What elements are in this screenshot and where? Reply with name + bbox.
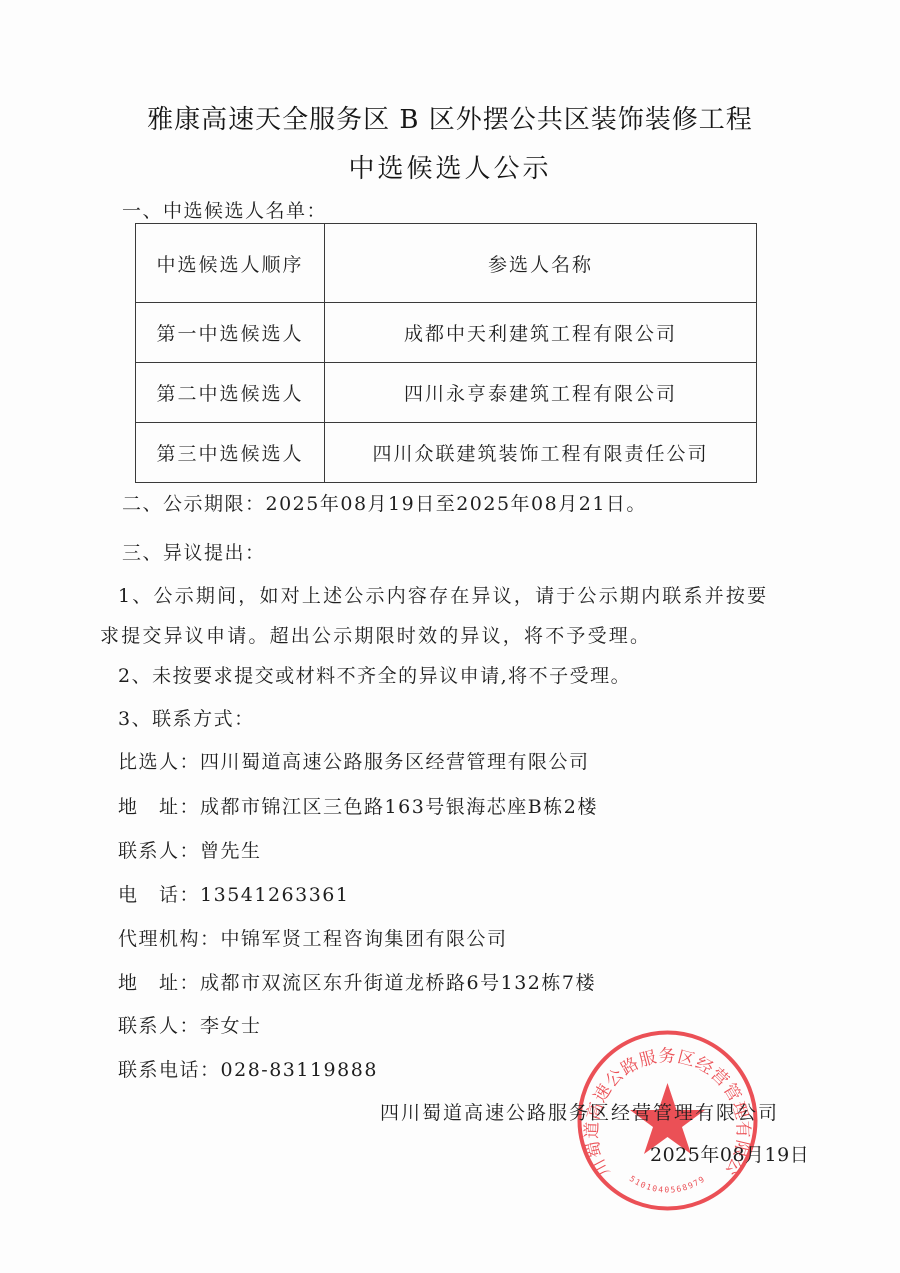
agency-address-label: 地 址：	[118, 972, 200, 994]
agency-value: 中锦军贤工程咨询集团有限公司	[221, 928, 508, 950]
contact-heading: 3、联系方式：	[118, 704, 255, 731]
selector-line: 比选人：四川蜀道高速公路服务区经营管理有限公司	[118, 747, 590, 774]
selector-person-label: 联系人：	[118, 840, 200, 862]
row-name: 四川众联建筑装饰工程有限责任公司	[325, 423, 757, 483]
agency-label: 代理机构：	[118, 928, 221, 950]
agency-line: 代理机构：中锦军贤工程咨询集团有限公司	[118, 924, 508, 951]
selector-label: 比选人：	[118, 751, 200, 773]
svg-text:5101040568979: 5101040568979	[628, 1174, 707, 1195]
table-row: 第三中选候选人 四川众联建筑装饰工程有限责任公司	[136, 423, 757, 483]
document-subtitle: 中选候选人公示	[0, 148, 900, 185]
seal-code: 5101040568979	[628, 1174, 707, 1195]
selector-address-value: 成都市锦江区三色路163号银海芯座B栋2楼	[200, 796, 598, 818]
table-row: 第二中选候选人 四川永亨泰建筑工程有限公司	[136, 363, 757, 423]
table-header-row: 中选候选人顺序 参选人名称	[136, 224, 757, 303]
selector-phone-line: 电 话：13541263361	[118, 880, 350, 907]
row-rank: 第二中选候选人	[136, 363, 325, 423]
section-2-period: 二、公示期限：2025年08月19日至2025年08月21日。	[122, 489, 647, 516]
row-rank: 第一中选候选人	[136, 303, 325, 363]
objection-item-2: 2、未按要求提交或材料不齐全的异议申请,将不子受理。	[118, 661, 631, 688]
agency-person-line: 联系人：李女士	[118, 1011, 262, 1038]
row-name: 成都中天利建筑工程有限公司	[325, 303, 757, 363]
selector-phone-label: 电 话：	[118, 884, 200, 906]
section-1-heading: 一、中选候选人名单：	[122, 196, 327, 223]
document-page: 雅康高速天全服务区 B 区外摆公共区装饰装修工程 中选候选人公示 一、中选候选人…	[0, 0, 900, 1273]
agency-phone-line: 联系电话：028-83119888	[118, 1055, 378, 1082]
objection-item-1-line-1: 1、公示期间，如对上述公示内容存在异议，请于公示期内联系并按要	[118, 581, 768, 608]
selector-person-value: 曾先生	[200, 840, 262, 862]
header-rank: 中选候选人顺序	[136, 224, 325, 303]
agency-phone-value: 028-83119888	[221, 1059, 378, 1081]
section-3-heading: 三、异议提出：	[122, 538, 266, 565]
agency-person-label: 联系人：	[118, 1015, 200, 1037]
agency-address-value: 成都市双流区东升街道龙桥路6号132栋7楼	[200, 972, 596, 994]
agency-address-line: 地 址：成都市双流区东升街道龙桥路6号132栋7楼	[118, 968, 596, 995]
selector-person-line: 联系人：曾先生	[118, 836, 262, 863]
candidates-table: 中选候选人顺序 参选人名称 第一中选候选人 成都中天利建筑工程有限公司 第二中选…	[135, 223, 757, 483]
selector-address-label: 地 址：	[118, 796, 200, 818]
objection-item-1-line-2: 求提交异议申请。超出公示期限时效的异议，将不予受理。	[100, 621, 651, 648]
selector-value: 四川蜀道高速公路服务区经营管理有限公司	[200, 751, 590, 773]
row-rank: 第三中选候选人	[136, 423, 325, 483]
signature-company: 四川蜀道高速公路服务区经营管理有限公司	[380, 1098, 779, 1125]
selector-address-line: 地 址：成都市锦江区三色路163号银海芯座B栋2楼	[118, 792, 598, 819]
agency-phone-label: 联系电话：	[118, 1059, 221, 1081]
table-row: 第一中选候选人 成都中天利建筑工程有限公司	[136, 303, 757, 363]
signature-date: 2025年08月19日	[650, 1140, 809, 1167]
document-title: 雅康高速天全服务区 B 区外摆公共区装饰装修工程	[0, 99, 900, 136]
agency-person-value: 李女士	[200, 1015, 262, 1037]
row-name: 四川永亨泰建筑工程有限公司	[325, 363, 757, 423]
header-name: 参选人名称	[325, 224, 757, 303]
selector-phone-value: 13541263361	[200, 884, 349, 906]
